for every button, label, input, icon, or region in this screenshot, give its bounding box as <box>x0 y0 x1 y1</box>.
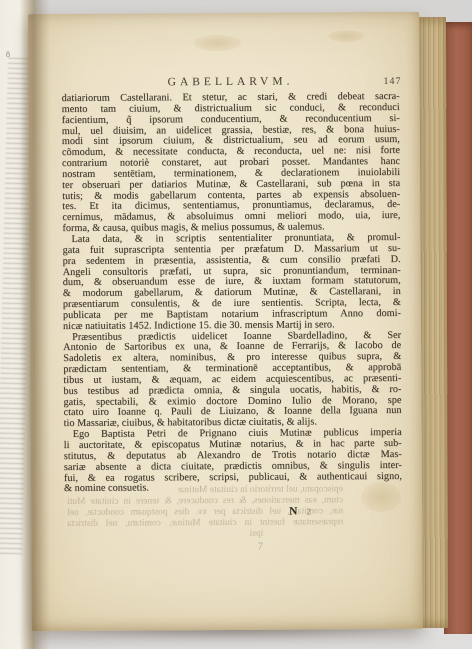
signature-mark: N2 <box>289 505 312 517</box>
signature-letter: N <box>289 506 298 518</box>
book-cover-edge <box>444 22 472 634</box>
signature-number: 2 <box>306 506 312 516</box>
bleedthrough-line: ipsi <box>67 529 343 542</box>
page-number: 147 <box>384 76 402 87</box>
facing-page-mark: 8 <box>6 50 10 59</box>
pencil-mark: 7 <box>257 541 263 553</box>
bleedthrough-line: repræsentatæ fuerint in ciuitate Mutinæ,… <box>67 518 343 531</box>
running-head-row: GABELLARVM. 147 <box>62 75 400 91</box>
book-page: GABELLARVM. 147 datiariorum Castellarani… <box>28 12 423 631</box>
page-text: datiariorum Castellarani. Et stetur, ac … <box>62 92 402 495</box>
page-stain <box>328 30 364 42</box>
running-head-title: GABELLARVM. <box>62 75 400 89</box>
page-stain <box>193 35 241 51</box>
photo-backdrop: 8 GABELLARVM. 147 datiariorum Castellara… <box>0 0 472 649</box>
